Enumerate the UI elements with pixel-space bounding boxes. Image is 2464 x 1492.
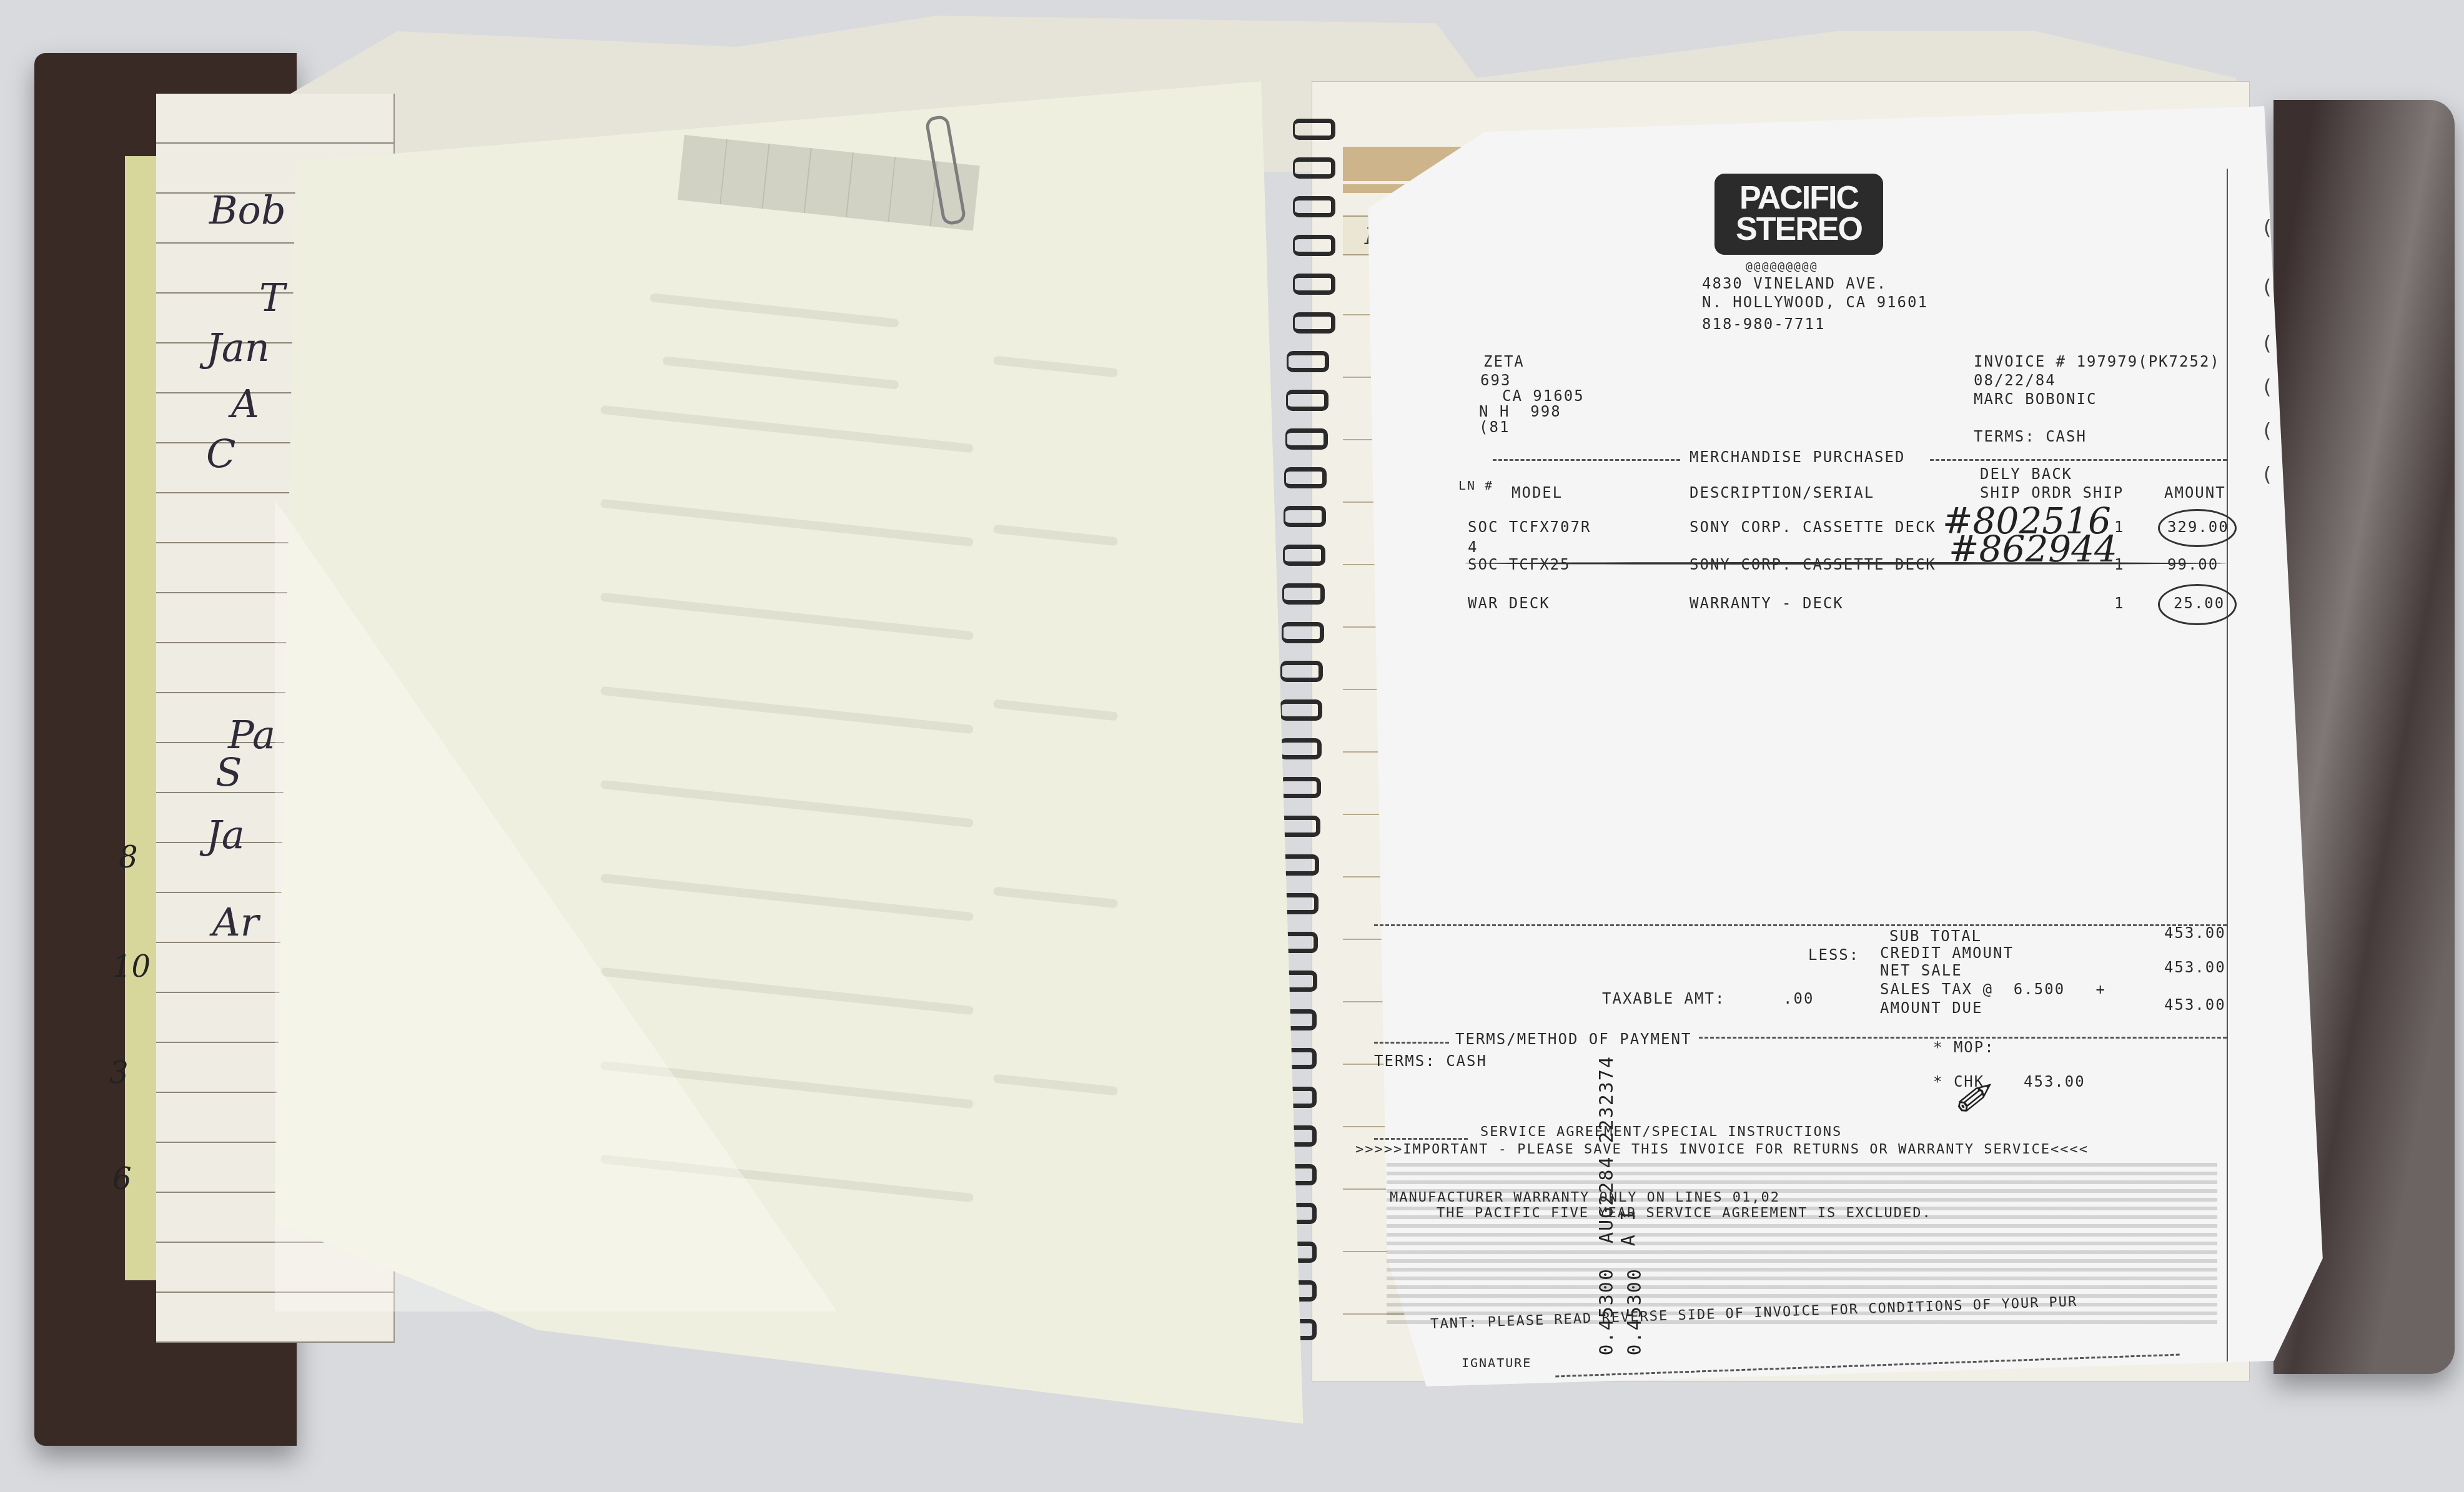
mop-label: * MOP: [1933, 1039, 1995, 1056]
invoice-right-border [2227, 169, 2228, 1361]
credit-label: CREDIT AMOUNT [1880, 944, 2014, 962]
item-description: WARRANTY - DECK [1690, 595, 1844, 612]
warranty-line: MANUFACTURER WARRANTY ONLY ON LINES 01,0… [1390, 1190, 1780, 1205]
spiral-coil [1293, 196, 1335, 217]
tractor-feed-hole: ( [2261, 275, 2273, 299]
col-dely-back: DELY BACK [1980, 465, 2072, 483]
customer-fragment: CA 91605 [1502, 387, 1585, 405]
note-line: Jan [206, 325, 270, 370]
less-label: LESS: [1808, 946, 1859, 964]
faded-text-line [993, 356, 1118, 378]
faded-text-line [600, 967, 974, 1015]
faded-text-line [993, 699, 1118, 721]
note-line: C [206, 431, 235, 477]
dashed-rule [1374, 1138, 1468, 1140]
taxable-label: TAXABLE AMT: [1602, 990, 1725, 1007]
signature-scribble: ✐ [1952, 1074, 1989, 1125]
net-sale-label: NET SALE [1880, 962, 1962, 979]
tractor-feed-hole: ( [2261, 331, 2273, 355]
customer-fragment: 693 [1480, 372, 1511, 389]
tractor-feed-hole: ( [2261, 418, 2273, 442]
spiral-coil [1280, 661, 1323, 682]
net-sale-value: 453.00 [2164, 959, 2226, 976]
amount-circle-mark [2158, 509, 2237, 547]
faded-text-line [993, 525, 1118, 546]
spiral-coil [1283, 545, 1325, 566]
store-code: @@@@@@@@@ [1746, 260, 1818, 273]
dashed-rule [1930, 459, 2227, 461]
dashed-rule [1493, 459, 1680, 461]
customer-fragment: N H 998 [1479, 403, 1561, 420]
spiral-coil [1293, 235, 1335, 256]
spiral-coil [1293, 157, 1335, 179]
tab-number: 8 [119, 840, 138, 875]
tab-number: 10 [112, 949, 151, 984]
invoice-number: INVOICE # 197979(PK7252) [1974, 353, 2220, 370]
spiral-coil [1293, 312, 1335, 333]
faded-text-line [600, 874, 974, 922]
col-amount: AMOUNT [2164, 484, 2226, 501]
item-qty: 1 [2114, 556, 2124, 573]
subtotal-label: SUB TOTAL [1889, 927, 1982, 945]
section-merchandise: MERCHANDISE PURCHASED [1690, 448, 1905, 466]
payment-section: TERMS/METHOD OF PAYMENT [1455, 1030, 1691, 1048]
faded-text-line [650, 293, 899, 328]
spiral-coil [1282, 622, 1324, 643]
pacific-stereo-logo: PACIFIC STEREO [1714, 174, 1883, 255]
wavy-strikethrough [1465, 562, 2227, 565]
spiral-coil [1286, 390, 1328, 411]
faded-text-line [993, 1074, 1118, 1096]
col-ln: LN # [1458, 478, 1493, 493]
subtotal-value: 453.00 [2164, 924, 2226, 942]
note-line: Ar [212, 899, 259, 945]
item-model: SOC TCFX707R [1468, 518, 1591, 536]
item-model: SOC TCFX25 [1468, 556, 1571, 573]
tractor-feed-hole: ( [2261, 375, 2273, 398]
logo-line-1: PACIFIC [1714, 182, 1883, 214]
dashed-rule [1374, 1042, 1449, 1044]
spiral-coil [1284, 467, 1327, 488]
spiral-coil [1293, 119, 1335, 140]
faded-text-line [600, 405, 974, 453]
note-line: T [259, 275, 285, 320]
thermal-print-smudge [1387, 1162, 2217, 1324]
faded-text-line [600, 593, 974, 641]
faded-text-line [662, 356, 899, 390]
note-line: A [231, 381, 259, 427]
spiral-coil [1287, 351, 1329, 372]
col-model: MODEL [1512, 484, 1563, 501]
tab-number: 6 [112, 1162, 132, 1197]
faded-text-line [600, 780, 974, 828]
spiral-coil [1293, 274, 1335, 295]
important-notice: >>>>>IMPORTANT - PLEASE SAVE THIS INVOIC… [1355, 1142, 2089, 1157]
signature-label: IGNATURE [1462, 1355, 1531, 1370]
invoice-terms: TERMS: CASH [1974, 428, 2087, 445]
check-amount: 453.00 [2024, 1073, 2085, 1090]
payment-terms: TERMS: CASH [1374, 1052, 1487, 1070]
taxable-value: .00 [1783, 990, 1814, 1007]
spiral-coil [1279, 738, 1322, 759]
col-description: DESCRIPTION/SERIAL [1690, 484, 1874, 501]
item-amount: 99.00 [2167, 556, 2219, 573]
tractor-feed-hole: ( [2261, 462, 2273, 486]
amount-due-label: AMOUNT DUE [1880, 999, 1983, 1017]
note-line: Bob [209, 187, 286, 233]
spiral-coil [1279, 777, 1321, 798]
note-line: Ja [206, 812, 245, 857]
amount-circle-mark [2158, 584, 2237, 625]
faded-text-line [600, 686, 974, 734]
item-qty: 1 [2114, 595, 2124, 612]
store-address-line: 4830 VINELAND AVE. [1702, 275, 1887, 292]
item-ln: 4 [1468, 538, 1478, 556]
customer-fragment: (81 [1479, 418, 1510, 436]
service-section: SERVICE AGREEMENT/SPECIAL INSTRUCTIONS [1480, 1124, 1842, 1140]
spiral-coil [1284, 506, 1326, 527]
item-description: SONY CORP. CASSETTE DECK [1690, 556, 1936, 573]
customer-fragment: ZETA [1483, 353, 1525, 370]
amount-due-value: 453.00 [2164, 996, 2226, 1014]
customer-name: MARC BOBONIC [1974, 390, 2097, 408]
store-address-line: N. HOLLYWOOD, CA 91601 [1702, 294, 1928, 311]
spiral-coil [1280, 699, 1322, 721]
sales-tax-label: SALES TAX @ 6.500 + [1880, 981, 2106, 998]
tractor-feed-hole: ( [2261, 215, 2273, 239]
logo-line-2: STEREO [1714, 214, 1883, 245]
tab-number: 3 [109, 1055, 129, 1090]
col-ship-ordr-ship: SHIP ORDR SHIP [1980, 484, 2124, 501]
spiral-coil [1282, 583, 1325, 605]
item-description: SONY CORP. CASSETTE DECK [1690, 518, 1936, 536]
spiral-coil [1285, 428, 1328, 450]
note-line: S [215, 749, 242, 795]
invoice-date: 08/22/84 [1974, 372, 2056, 389]
faded-text-line [600, 499, 974, 547]
dashed-rule [1374, 924, 2227, 926]
item-model: WAR DECK [1468, 595, 1550, 612]
warranty-line: THE PACIFIC FIVE YEAR SERVICE AGREEMENT … [1437, 1205, 1932, 1221]
faded-text-line [993, 887, 1118, 909]
store-phone: 818-980-7711 [1702, 315, 1825, 333]
